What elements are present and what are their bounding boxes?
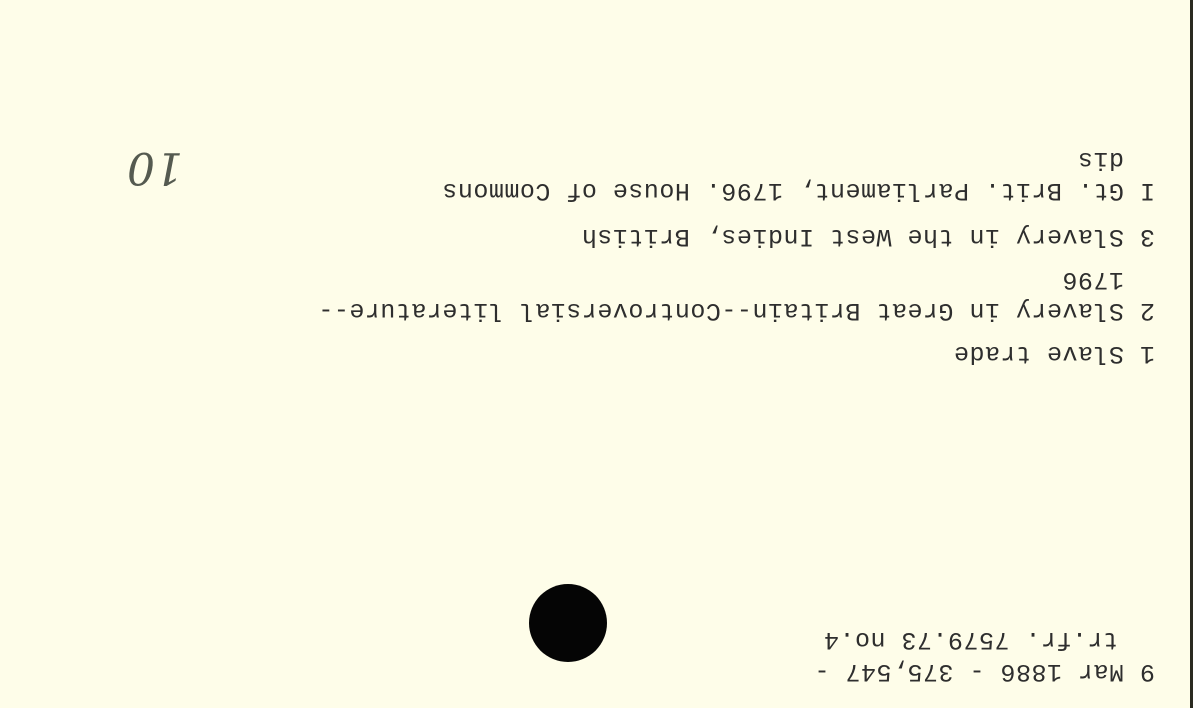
catalog-card: 9 Mar 1886 - 375,547 - tr.fr. 7579.73 no… xyxy=(0,0,1193,708)
tracing-1: 1 Slave trade xyxy=(953,339,1155,368)
tracing-2-cont: 1796 xyxy=(1062,265,1155,294)
accession-line: 9 Mar 1886 - 375,547 - xyxy=(814,657,1155,686)
call-number: tr.fr. 7579.73 no.4 xyxy=(823,625,1118,654)
tracing-3: 3 Slavery in the West Indies, British xyxy=(581,222,1155,251)
tracing-4-cont: dis xyxy=(1077,145,1155,174)
punch-hole xyxy=(529,584,607,662)
tracing-4: I Gt. Brit. Parliament, 1796. House of C… xyxy=(442,176,1155,205)
handwritten-note: 10 xyxy=(127,142,183,193)
tracing-2: 2 Slavery in Great Britain--Controversia… xyxy=(318,296,1155,325)
